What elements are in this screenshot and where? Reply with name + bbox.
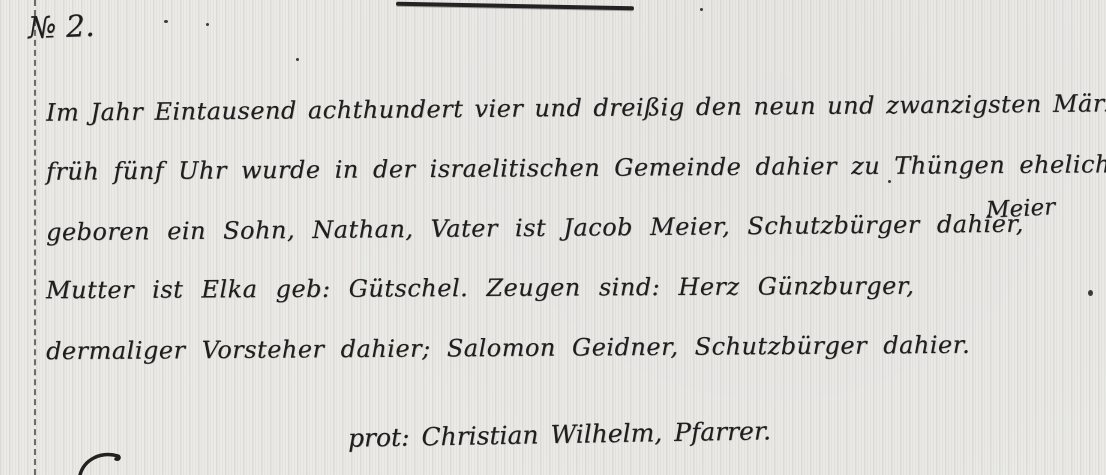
ink-speck — [206, 23, 209, 26]
record-line-4: Mutter ist Elka geb: Gütschel. Zeugen si… — [46, 272, 914, 305]
record-line-2: früh fünf Uhr wurde in der israelitische… — [46, 150, 1106, 185]
ink-speck — [888, 180, 891, 183]
scanned-register-page: № 2. Im Jahr Eintausend achthundert vier… — [0, 0, 1106, 475]
ink-speck — [1088, 290, 1093, 296]
pastor-signature: prot: Christian Wilhelm, Pfarrer. — [348, 416, 771, 452]
margin-surname-note: Meier — [985, 194, 1055, 224]
entry-number: № 2. — [27, 9, 95, 46]
left-margin-rule — [34, 0, 36, 475]
record-line-5: dermaliger Vorsteher dahier; Salomon Gei… — [46, 331, 970, 365]
ink-speck — [296, 58, 299, 61]
record-line-3: geboren ein Sohn, Nathan, Vater ist Jaco… — [46, 210, 1024, 247]
record-line-1: Im Jahr Eintausend achthundert vier und … — [46, 89, 1106, 126]
ink-speck — [700, 8, 703, 11]
entry-separator-line — [396, 2, 634, 11]
ink-speck — [164, 20, 168, 23]
next-entry-flourish-stroke — [68, 448, 138, 475]
